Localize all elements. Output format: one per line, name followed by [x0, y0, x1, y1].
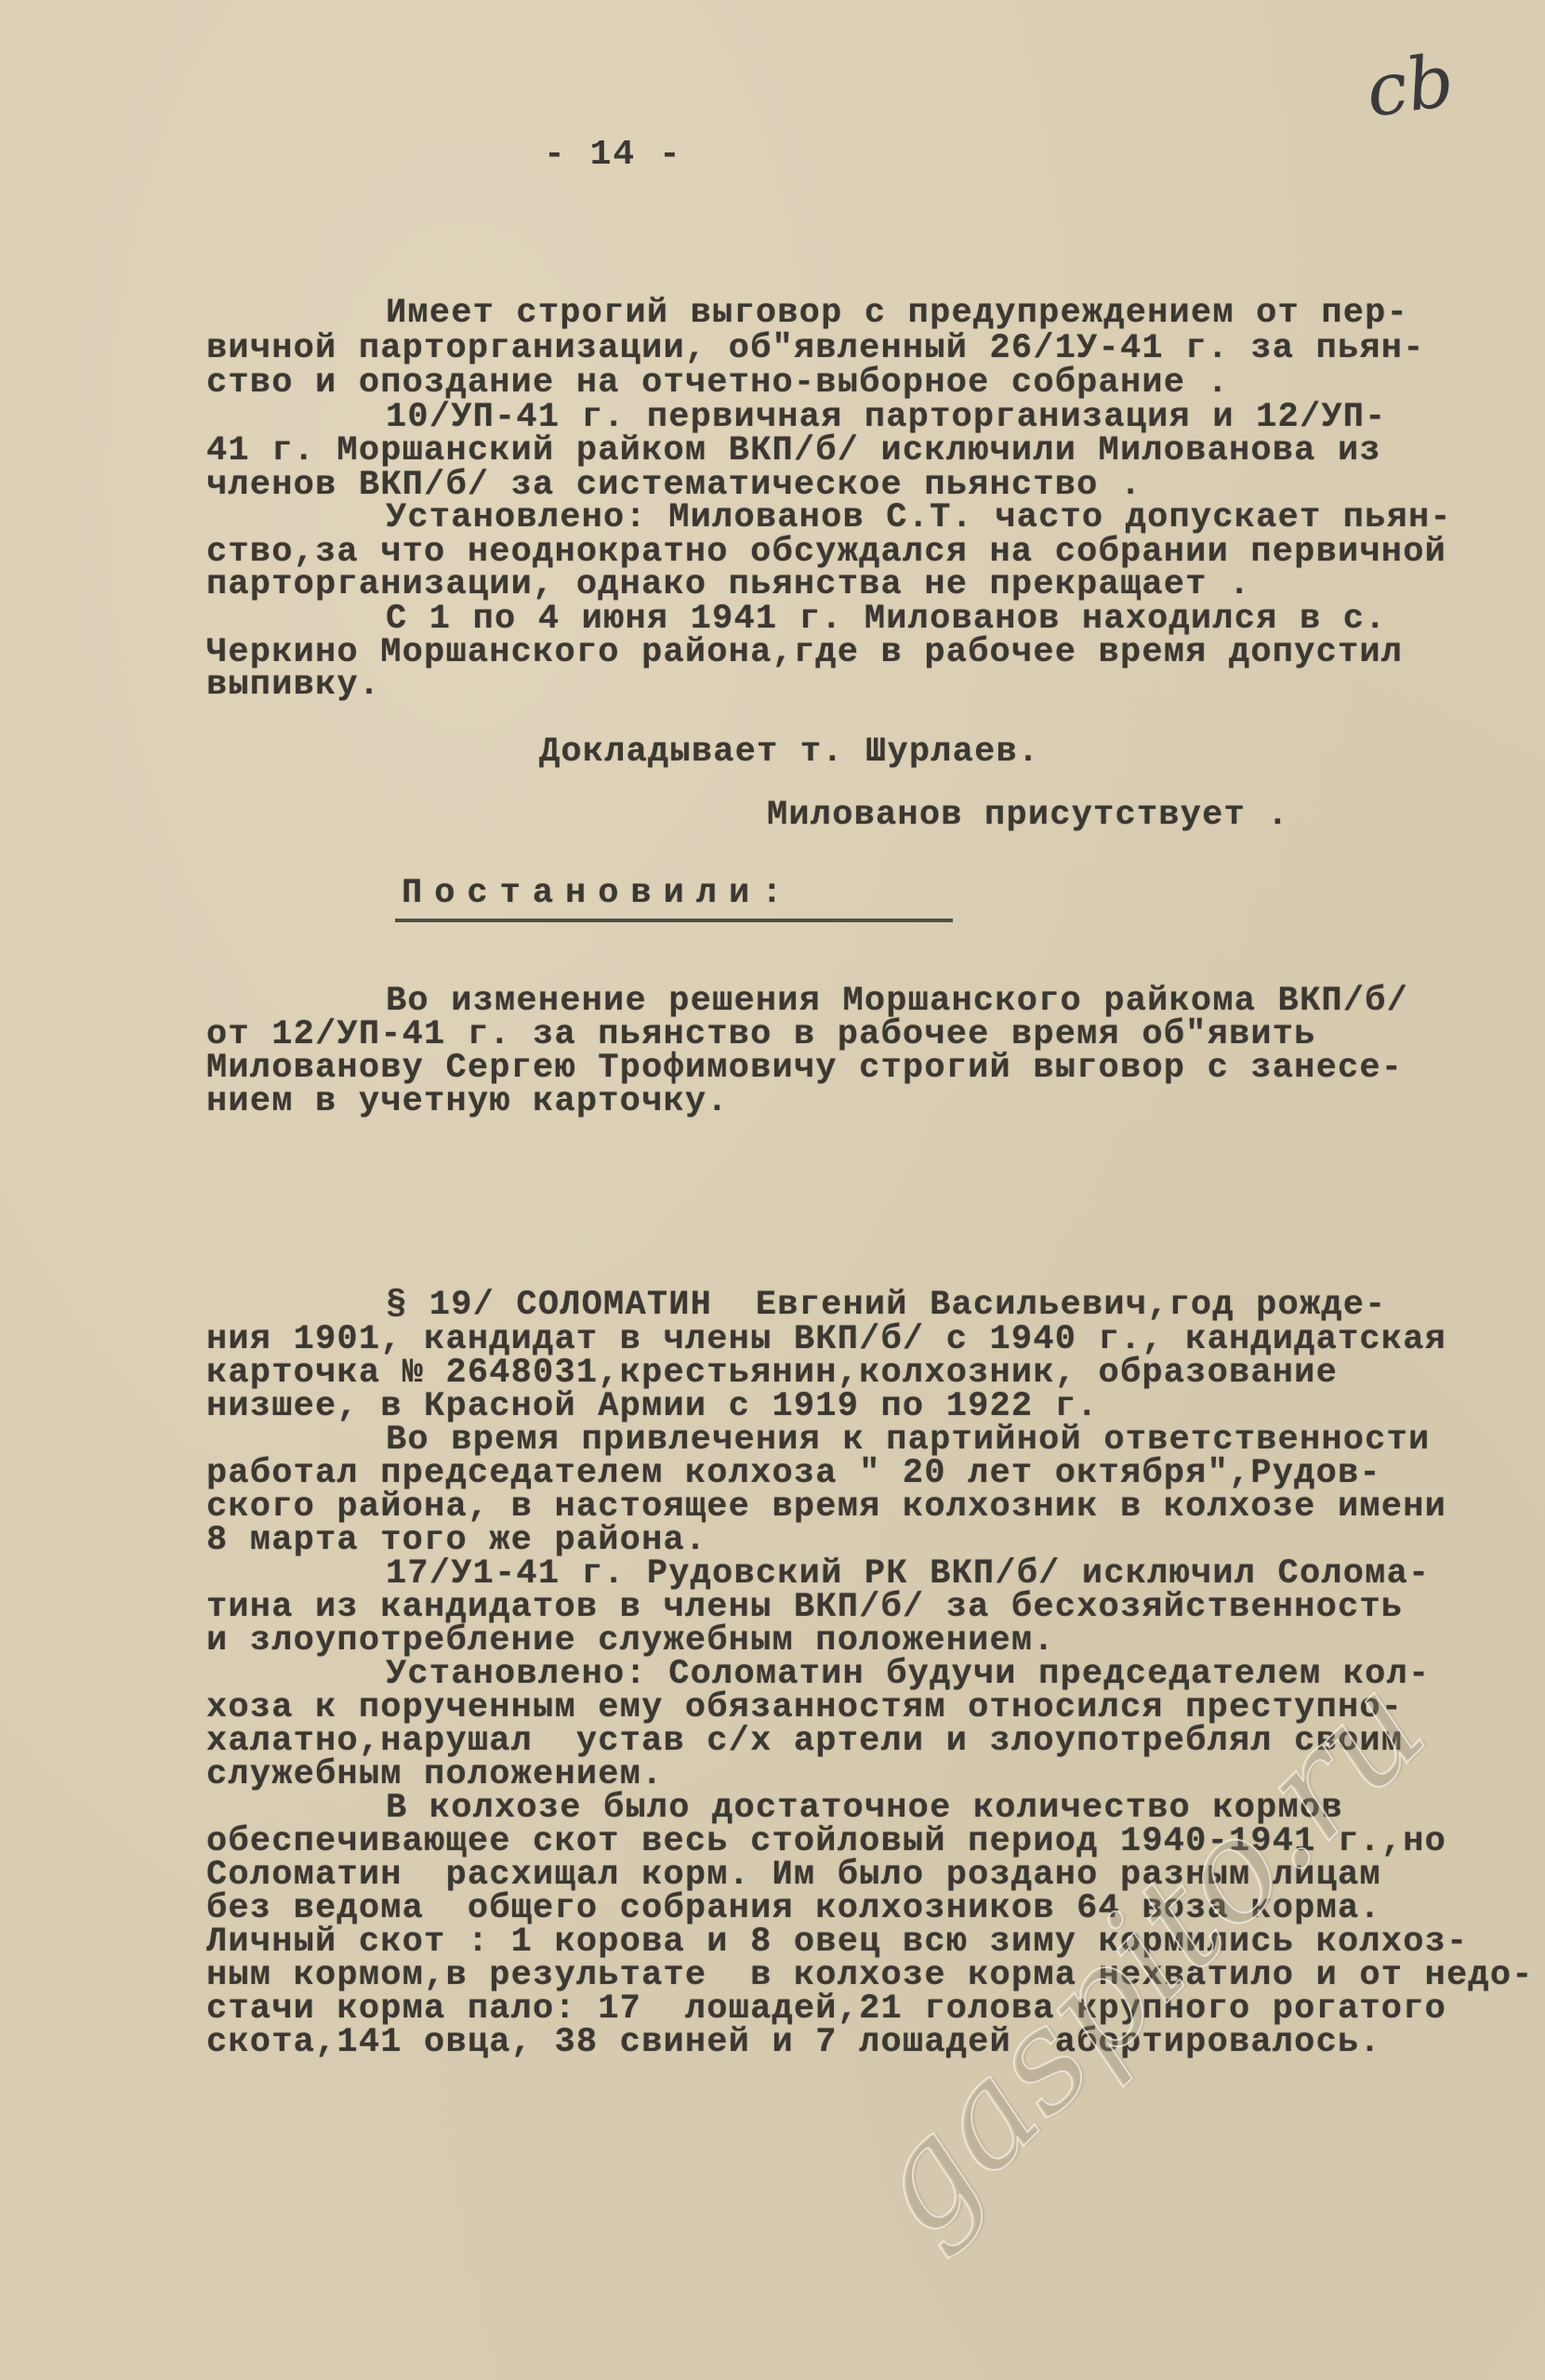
page-number: - 14 -: [544, 135, 682, 175]
text-line: и злоупотребление служебным положением.: [206, 1623, 1055, 1659]
attendance-line: Милованов присутствует .: [767, 798, 1289, 833]
text-line: служебным положением.: [206, 1757, 663, 1792]
text-line: Во изменение решения Моршанского райкома…: [386, 984, 1408, 1019]
text-line: 10/УП-41 г. первичная парторганизация и …: [386, 400, 1387, 435]
text-line: ния 1901, кандидат в члены ВКП/б/ с 1940…: [206, 1322, 1446, 1357]
text-line: ство и опоздание на отчетно-выборное соб…: [206, 365, 1229, 401]
text-line: Черкино Моршанского района,где в рабочее…: [206, 635, 1403, 670]
text-line: скота,141 овца, 38 свиней и 7 лошадей аб…: [206, 2025, 1381, 2060]
text-line: ского района, в настоящее время колхозни…: [206, 1489, 1446, 1525]
reporter-line: Докладывает т. Шурлаев.: [539, 734, 1039, 770]
text-line: Милованову Сергею Трофимовичу строгий вы…: [206, 1051, 1403, 1086]
resolution-heading: Постановили:: [402, 874, 794, 913]
text-line: нием в учетную карточку.: [206, 1084, 729, 1119]
text-line: Во время привлечения к партийной ответст…: [386, 1422, 1430, 1458]
text-line: низшее, в Красной Армии с 1919 по 1922 г…: [206, 1389, 1099, 1424]
heading-underline: [395, 919, 953, 922]
text-line: работал председателем колхоза " 20 лет о…: [206, 1456, 1381, 1491]
text-line: § 19/ СОЛОМАТИН Евгений Васильевич,год р…: [386, 1288, 1387, 1323]
text-line: Установлено: Соломатин будучи председате…: [386, 1657, 1430, 1692]
text-line: Установлено: Милованов С.Т. часто допуск…: [386, 500, 1452, 535]
text-line: от 12/УП-41 г. за пьянство в рабочее вре…: [206, 1017, 1316, 1052]
text-line: ным кормом,в результате в колхозе корма …: [206, 1958, 1534, 1993]
handwritten-mark: cb: [1361, 39, 1459, 134]
text-line: выпивку.: [206, 668, 380, 703]
text-line: 17/У1-41 г. Рудовский РК ВКП/б/ исключил…: [386, 1556, 1430, 1592]
text-line: Имеет строгий выговор с предупреждением …: [386, 296, 1408, 331]
text-line: халатно,нарушал устав с/х артели и злоуп…: [206, 1724, 1403, 1759]
text-line: парторганизации, однако пьянства не прек…: [206, 567, 1250, 602]
text-line: 41 г. Моршанский райком ВКП/б/ исключили…: [206, 433, 1381, 469]
text-line: стачи корма пало: 17 лошадей,21 голова к…: [206, 1991, 1446, 2027]
text-line: хоза к порученным ему обязанностям относ…: [206, 1690, 1403, 1725]
text-line: карточка № 2648031,крестьянин,колхозник,…: [206, 1355, 1338, 1391]
text-line: тина из кандидатов в члены ВКП/б/ за бес…: [206, 1590, 1403, 1625]
text-line: С 1 по 4 июня 1941 г. Милованов находилс…: [386, 602, 1387, 637]
text-line: вичной парторганизации, об"явленный 26/1…: [206, 331, 1425, 366]
text-line: 8 марта того же района.: [206, 1523, 706, 1558]
